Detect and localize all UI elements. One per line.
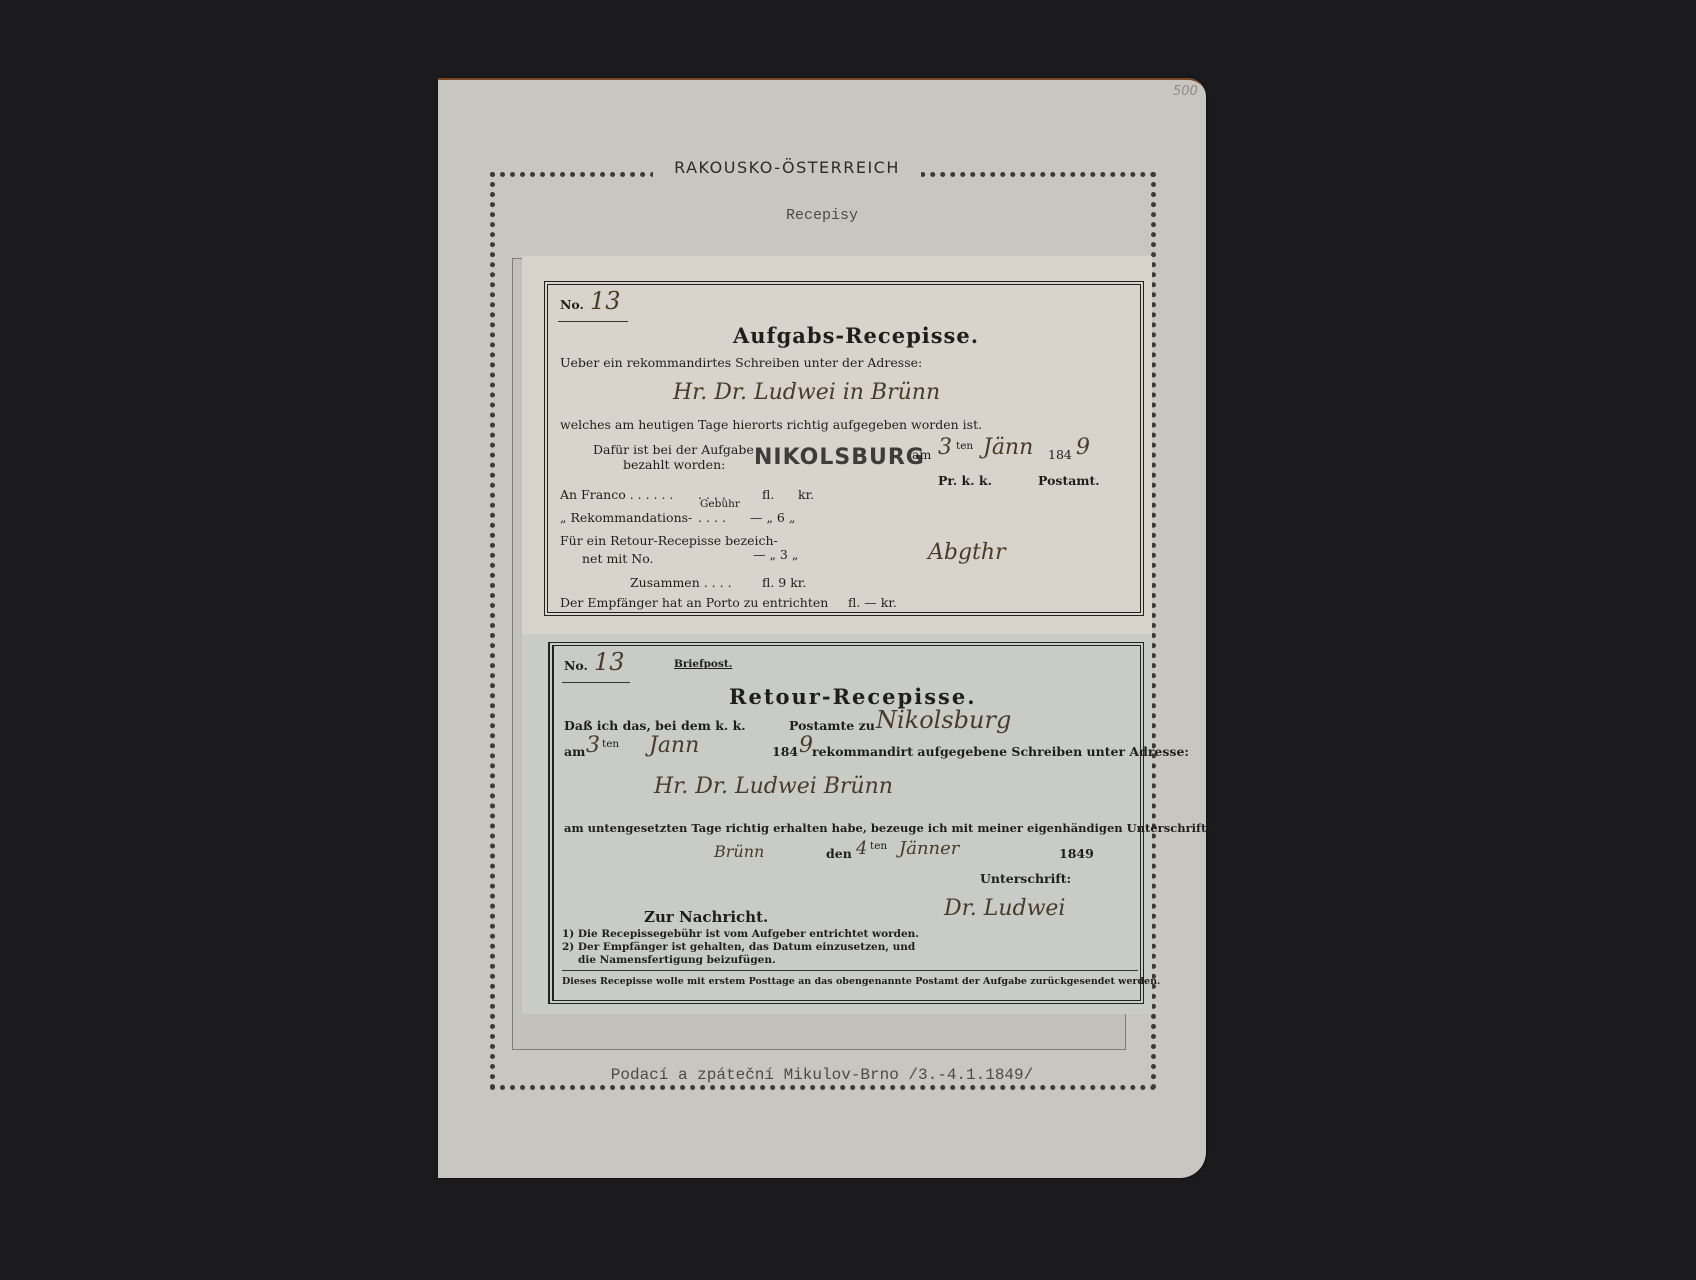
- post-office-handwritten: Nikolsburg: [876, 706, 1011, 734]
- paid-label-1: Dafür ist bei der Aufgabe: [593, 442, 754, 457]
- line2-month: Jann: [649, 733, 699, 758]
- posted-text: welches am heutigen Tage hierorts richti…: [560, 417, 982, 432]
- footer-divider: [562, 970, 1138, 971]
- briefpost-label: Briefpost.: [674, 658, 732, 670]
- address-intro: Ueber ein rekommandirtes Schreiben unter…: [560, 355, 922, 370]
- den-label: den: [826, 846, 852, 861]
- notice-title: Zur Nachricht.: [644, 908, 768, 926]
- date-day: 3: [938, 435, 952, 460]
- number-value: 13: [594, 648, 625, 676]
- receipt-title: Aufgabs-Recepisse.: [733, 323, 979, 348]
- paid-label-2: bezahlt worden:: [623, 457, 725, 472]
- clerk-signature: Abgthr: [928, 540, 1006, 565]
- month2: Jänner: [899, 838, 959, 859]
- gebuhr-label: Gebühr: [700, 498, 740, 510]
- date-month: Jänn: [983, 435, 1033, 460]
- number-value: 13: [590, 287, 621, 315]
- line1-b: Postamte zu: [789, 718, 875, 733]
- date-year: 184: [1048, 447, 1072, 462]
- page-subtitle: Recepisy: [438, 207, 1206, 224]
- line2-year-hand: 9: [799, 733, 813, 758]
- number-label: No.: [564, 658, 588, 673]
- year2: 1849: [1059, 846, 1094, 861]
- notice-1: 1) Die Recepissegebühr ist vom Aufgeber …: [562, 928, 919, 940]
- notice-2b: die Namensfertigung beizufügen.: [578, 954, 776, 966]
- retour-label-1: Für ein Retour-Recepisse bezeich-: [560, 533, 778, 548]
- line2-ten: ten: [602, 738, 619, 750]
- total-value: fl. 9 kr.: [762, 575, 806, 590]
- line2-year: 184: [772, 744, 798, 759]
- page-title: RAKOUSKO-ÖSTERREICH: [653, 158, 921, 177]
- aufgabs-recepisse-document: No. 13 Aufgabs-Recepisse. Ueber ein reko…: [522, 256, 1152, 634]
- porto-value: fl. — kr.: [848, 595, 897, 610]
- line2-am: am: [564, 744, 585, 759]
- line2-day: 3: [586, 733, 600, 758]
- notice-2a: 2) Der Empfänger ist gehalten, das Datum…: [562, 941, 915, 953]
- number-underline: [558, 321, 628, 322]
- date-ten: ten: [956, 440, 973, 452]
- kr-label: kr.: [798, 487, 814, 502]
- line2-rest: rekommandirt aufgegebene Schreiben unter…: [812, 744, 1189, 759]
- retour-recepisse-document: No. 13 Briefpost. Retour-Recepisse. Daß …: [522, 634, 1152, 1014]
- dots-2: . . . .: [698, 510, 726, 525]
- recipient-signature: Dr. Ludwei: [944, 896, 1065, 921]
- signature-label: Unterschrift:: [980, 871, 1071, 886]
- line1-a: Daß ich das, bei dem k. k.: [564, 718, 746, 733]
- receipt-frame: No. 13 Aufgabs-Recepisse. Ueber ein reko…: [544, 281, 1144, 616]
- rek-fee-value: — „ 6 „: [750, 510, 795, 525]
- postmark-stamp: NIKOLSBURG: [754, 445, 925, 470]
- page-caption: Podací a zpáteční Mikulov-Brno /3.-4.1.1…: [438, 1066, 1206, 1084]
- fl-label: fl.: [762, 487, 774, 502]
- ten2: ten: [870, 840, 887, 852]
- number-label: No.: [560, 297, 584, 312]
- footer-instruction: Dieses Recepisse wolle mit erstem Postta…: [562, 976, 1160, 987]
- retour-label-2: net mit No.: [582, 551, 654, 566]
- office-postamt: Postamt.: [1038, 473, 1100, 488]
- pencil-price-note: 500: [1173, 84, 1198, 99]
- row-rekommandations-label: „ Rekommandations-: [560, 510, 692, 525]
- row-franco-label: An Franco . . . . . .: [560, 487, 673, 502]
- date-year-hand: 9: [1076, 435, 1090, 460]
- address-handwritten: Hr. Dr. Ludwei Brünn: [654, 774, 893, 799]
- place2-handwritten: Brünn: [714, 842, 764, 861]
- total-label: Zusammen . . . .: [630, 575, 732, 590]
- day2: 4: [856, 838, 867, 859]
- office-prefix: Pr. k. k.: [938, 473, 992, 488]
- number-underline: [562, 682, 630, 683]
- date-am: am: [912, 447, 931, 462]
- porto-label: Der Empfänger hat an Porto zu entrichten: [560, 595, 828, 610]
- retour-fee-value: — „ 3 „: [753, 547, 798, 562]
- receipt-confirmation: am untengesetzten Tage richtig erhalten …: [564, 821, 1210, 835]
- address-handwritten: Hr. Dr. Ludwei in Brünn: [673, 380, 940, 405]
- receipt-frame: No. 13 Briefpost. Retour-Recepisse. Daß …: [548, 642, 1144, 1004]
